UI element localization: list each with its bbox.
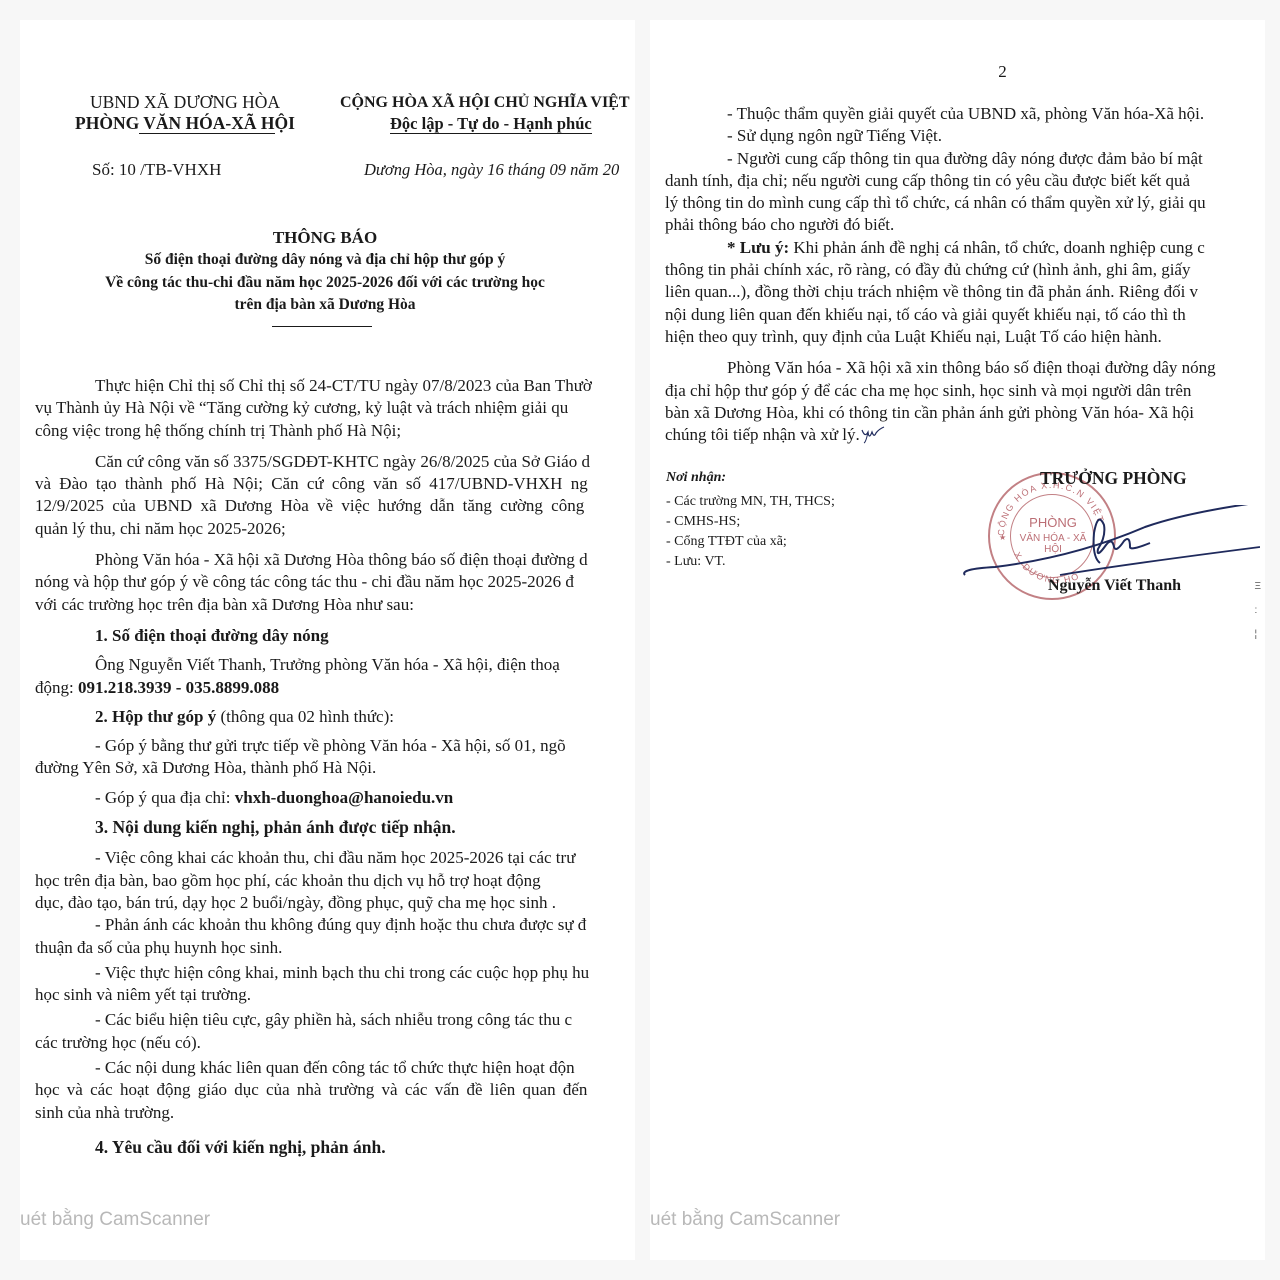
notice-title-block: THÔNG BÁO Số điện thoại đường dây nóng v… xyxy=(60,227,590,317)
section-4-heading: 4. Yêu cầu đối với kiến nghị, phản ánh. xyxy=(35,1136,592,1158)
page1-body: Thực hiện Chỉ thị số Chỉ thị số 24-CT/TU… xyxy=(35,375,592,1158)
document-page-1: UBND XÃ DƯƠNG HÒA PHÒNG VĂN HÓA-XÃ HỘI S… xyxy=(20,20,635,1260)
body-line: Căn cứ công văn số 3375/SGDĐT-KHTC ngày … xyxy=(35,451,592,473)
notice-subtitle-2: Về công tác thu-chi đầu năm học 2025-202… xyxy=(60,272,590,295)
body-line: với các trường học trên địa bàn xã Dương… xyxy=(35,594,592,616)
national-title: CỘNG HÒA XÃ HỘI CHỦ NGHĨA VIỆT xyxy=(340,92,635,113)
body-line: Phòng Văn hóa - Xã hội xã Dương Hòa thôn… xyxy=(35,549,592,571)
body-line: - Người cung cấp thông tin qua đường dây… xyxy=(665,148,1216,170)
body-line: thông tin phải chính xác, rõ ràng, có đầ… xyxy=(665,259,1216,281)
camscanner-watermark: uét bằng CamScanner xyxy=(20,1209,210,1231)
signer-title: TRƯỞNG PHÒNG xyxy=(1040,468,1187,489)
page-number: 2 xyxy=(650,62,1265,82)
closing-last-line: chúng tôi tiếp nhận và xử lý. xyxy=(665,424,1216,446)
body-line: Thực hiện Chỉ thị số Chỉ thị số 24-CT/TU… xyxy=(35,375,592,397)
body-line: nội dung liên quan đến khiếu nại, tố cáo… xyxy=(665,304,1216,326)
body-line: - Sử dụng ngôn ngữ Tiếng Việt. xyxy=(665,125,1216,147)
body-line: 12/9/2025 của UBND xã Dương Hòa về việc … xyxy=(35,495,592,517)
body-line: - Phản ánh các khoản thu không đúng quy … xyxy=(35,914,592,936)
body-line: học và các hoạt động giáo dục của nhà tr… xyxy=(35,1079,592,1101)
body-line: dục, đào tạo, bán trú, dạy học 2 buổi/ng… xyxy=(35,892,592,914)
body-line: - Các biểu hiện tiêu cực, gây phiền hà, … xyxy=(35,1009,592,1031)
page2-body: - Thuộc thẩm quyền giải quyết của UBND x… xyxy=(665,103,1216,446)
body-line: - Thuộc thẩm quyền giải quyết của UBND x… xyxy=(665,103,1216,125)
body-line: đường Yên Sở, xã Dương Hòa, thành phố Hà… xyxy=(35,757,592,779)
section-1-heading: 1. Số điện thoại đường dây nóng xyxy=(35,625,592,647)
body-line: lý thông tin do mình cung cấp thì tổ chứ… xyxy=(665,192,1216,214)
notice-subtitle-3: trên địa bàn xã Dương Hòa xyxy=(60,294,590,317)
body-line: - Góp ý bằng thư gửi trực tiếp về phòng … xyxy=(35,735,592,757)
body-line: học trên địa bàn, bao gồm học phí, các k… xyxy=(35,870,592,892)
body-line: các trường học (nếu có). xyxy=(35,1032,592,1054)
body-line: - Việc thực hiện công khai, minh bạch th… xyxy=(35,962,592,984)
recipient-item: - CMHS-HS; xyxy=(666,512,835,532)
body-line: học sinh và niêm yết tại trường. xyxy=(35,984,592,1006)
recipient-item: - Cổng TTĐT của xã; xyxy=(666,532,835,552)
authority-line-1: UBND XÃ DƯƠNG HÒA xyxy=(60,92,310,113)
signer-name: Nguyễn Viết Thanh xyxy=(1048,577,1181,595)
edge-artifact: Ξ:¦ xyxy=(1255,575,1262,647)
note-label: * Lưu ý: xyxy=(727,238,789,257)
national-motto: Độc lập - Tự do - Hạnh phúc xyxy=(390,114,592,134)
title-divider xyxy=(272,326,372,327)
body-line: sinh của nhà trường. xyxy=(35,1102,592,1124)
reference-number: Số: 10 /TB-VHXH xyxy=(92,160,221,180)
feedback-email: vhxh-duonghoa@hanoiedu.vn xyxy=(235,788,454,807)
hotline-line: động: 091.218.3939 - 035.8899.088 xyxy=(35,677,592,699)
body-line: hiện theo quy trình, quy định của Luật K… xyxy=(665,326,1216,348)
body-line: nóng và hộp thư góp ý về công tác công t… xyxy=(35,571,592,593)
body-line: quản lý thu, chi năm học 2025-2026; xyxy=(35,518,592,540)
hotline-numbers: 091.218.3939 - 035.8899.088 xyxy=(78,678,279,697)
body-line: Ông Nguyễn Viết Thanh, Trưởng phòng Văn … xyxy=(35,654,592,676)
recipients-label: Nơi nhận: xyxy=(666,468,835,488)
body-line: phải thông báo cho người đó biết. xyxy=(665,214,1216,236)
body-line: Phòng Văn hóa - Xã hội xã xin thông báo … xyxy=(665,357,1216,379)
note-line: * Lưu ý: Khi phản ánh đề nghị cá nhân, t… xyxy=(665,237,1216,259)
section-2-heading: 2. Hộp thư góp ý (thông qua 02 hình thức… xyxy=(35,706,592,728)
notice-title: THÔNG BÁO xyxy=(60,227,590,249)
body-line: thuận đa số của phụ huynh học sinh. xyxy=(35,937,592,959)
issuing-authority: UBND XÃ DƯƠNG HÒA PHÒNG VĂN HÓA-XÃ HỘI xyxy=(60,92,310,134)
recipient-item: - Lưu: VT. xyxy=(666,552,835,572)
document-page-2: 2 - Thuộc thẩm quyền giải quyết của UBND… xyxy=(650,20,1265,1260)
notice-subtitle-1: Số điện thoại đường dây nóng và địa chỉ … xyxy=(60,249,590,272)
section-3-heading: 3. Nội dung kiến nghị, phản ánh được tiế… xyxy=(35,816,592,838)
body-line: - Việc công khai các khoản thu, chi đầu … xyxy=(35,847,592,869)
recipient-item: - Các trường MN, TH, THCS; xyxy=(666,492,835,512)
email-line: - Góp ý qua địa chỉ: vhxh-duonghoa@hanoi… xyxy=(35,787,592,809)
camscanner-watermark: uét bằng CamScanner xyxy=(650,1209,840,1231)
place-date: Dương Hòa, ngày 16 tháng 09 năm 20 xyxy=(364,160,619,180)
initials-mark-icon xyxy=(860,424,888,444)
national-header: CỘNG HÒA XÃ HỘI CHỦ NGHĨA VIỆT Độc lập -… xyxy=(340,92,635,134)
signature-icon xyxy=(960,505,1260,585)
body-line: bàn xã Dương Hòa, khi có thông tin cần p… xyxy=(665,402,1216,424)
recipients-block: Nơi nhận: - Các trường MN, TH, THCS; - C… xyxy=(666,468,835,572)
authority-line-2: PHÒNG VĂN HÓA-XÃ HỘI xyxy=(60,113,310,134)
body-line: vụ Thành ủy Hà Nội về “Tăng cường kỷ cươ… xyxy=(35,397,592,419)
body-line: danh tính, địa chỉ; nếu người cung cấp t… xyxy=(665,170,1216,192)
body-line: công việc trong hệ thống chính trị Thành… xyxy=(35,420,592,442)
body-line: - Các nội dung khác liên quan đến công t… xyxy=(35,1057,592,1079)
body-line: và Đào tạo thành phố Hà Nội; Căn cứ công… xyxy=(35,473,592,495)
body-line: liên quan...), đồng thời chịu trách nhiệ… xyxy=(665,281,1216,303)
body-line: địa chỉ hộp thư góp ý để các cha mẹ học … xyxy=(665,380,1216,402)
